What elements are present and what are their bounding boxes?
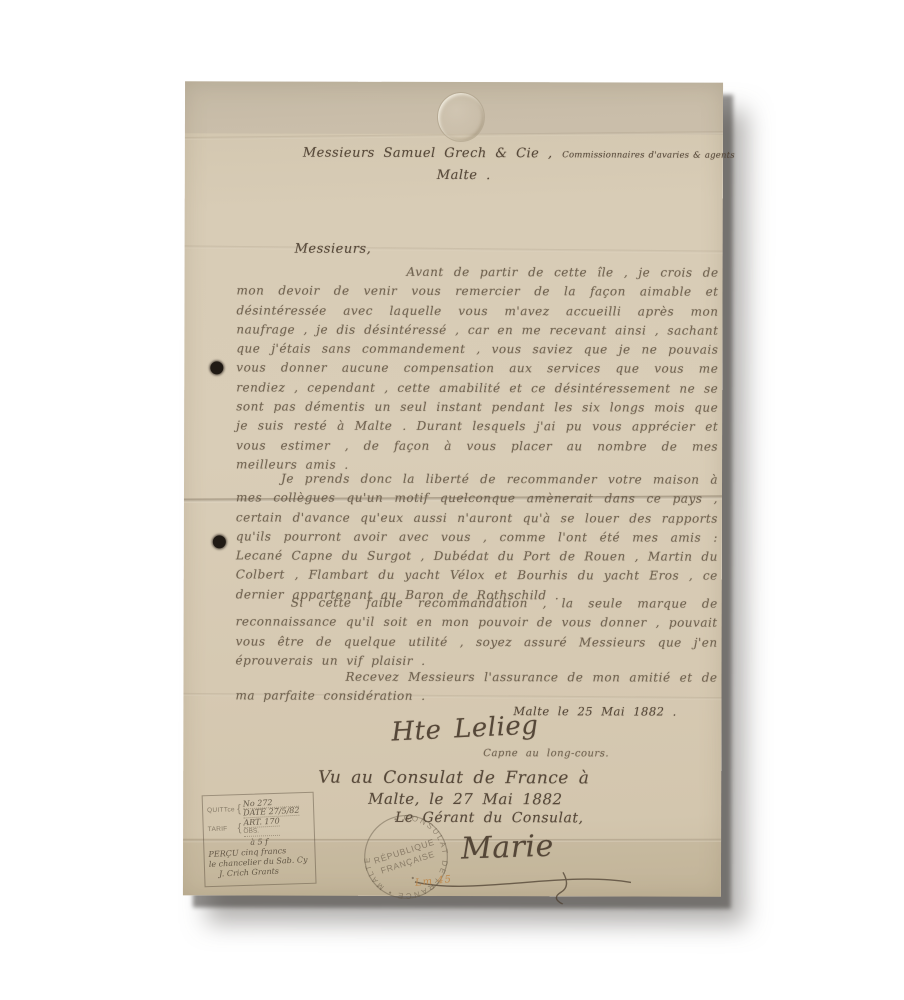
body-paragraph-1: Avant de partir de cette île , je crois … (236, 262, 719, 476)
sender-signature-title: Capne au long-cours. (483, 748, 609, 759)
salutation: Messieurs, (295, 242, 372, 257)
fee-article: ART. 170 (243, 818, 280, 829)
closing-line: Recevez Messieurs l'assurance de mon ami… (235, 667, 717, 707)
recipient-description: Commissionnaires d'avaries & agents (562, 150, 735, 160)
embossed-seal-icon (437, 92, 485, 142)
fee-stamp-row-quittance: QUITTce { No 272 DATE 27/5/82 (207, 798, 310, 819)
fee-obs-label: OBS. (243, 827, 279, 837)
body-paragraph-2: Je prends donc la liberté de recommander… (236, 469, 718, 605)
consul-signature: Marie (461, 829, 555, 867)
photo-canvas: Messieurs Samuel Grech & Cie , Commissio… (0, 0, 904, 1000)
fee-quitt-label: QUITTce (207, 806, 237, 814)
fee-tarif-label: TARIF (208, 825, 238, 833)
letter-document: Messieurs Samuel Grech & Cie , Commissio… (183, 81, 723, 896)
sender-signature: Hte Lelieg (391, 710, 539, 747)
recipient-place: Malte . (437, 168, 491, 183)
fold-crease-2 (185, 245, 723, 253)
fee-stamp-box: QUITTce { No 272 DATE 27/5/82 TARIF { AR… (202, 792, 317, 888)
punch-hole-top (210, 361, 223, 374)
consulate-visa-line1: Vu au Consulat de France à (318, 768, 589, 789)
fee-brace-icon: { (238, 822, 242, 834)
fee-brace-icon: { (237, 803, 241, 815)
recipient-name: Messieurs Samuel Grech & Cie , (303, 146, 553, 162)
recipient-line: Messieurs Samuel Grech & Cie , Commissio… (303, 142, 735, 162)
consulate-visa-line2: Malte, le 27 Mai 1882 (368, 790, 562, 809)
body-paragraph-3: Si cette faible recommandation , la seul… (236, 593, 718, 671)
punch-hole-bottom (213, 535, 226, 548)
